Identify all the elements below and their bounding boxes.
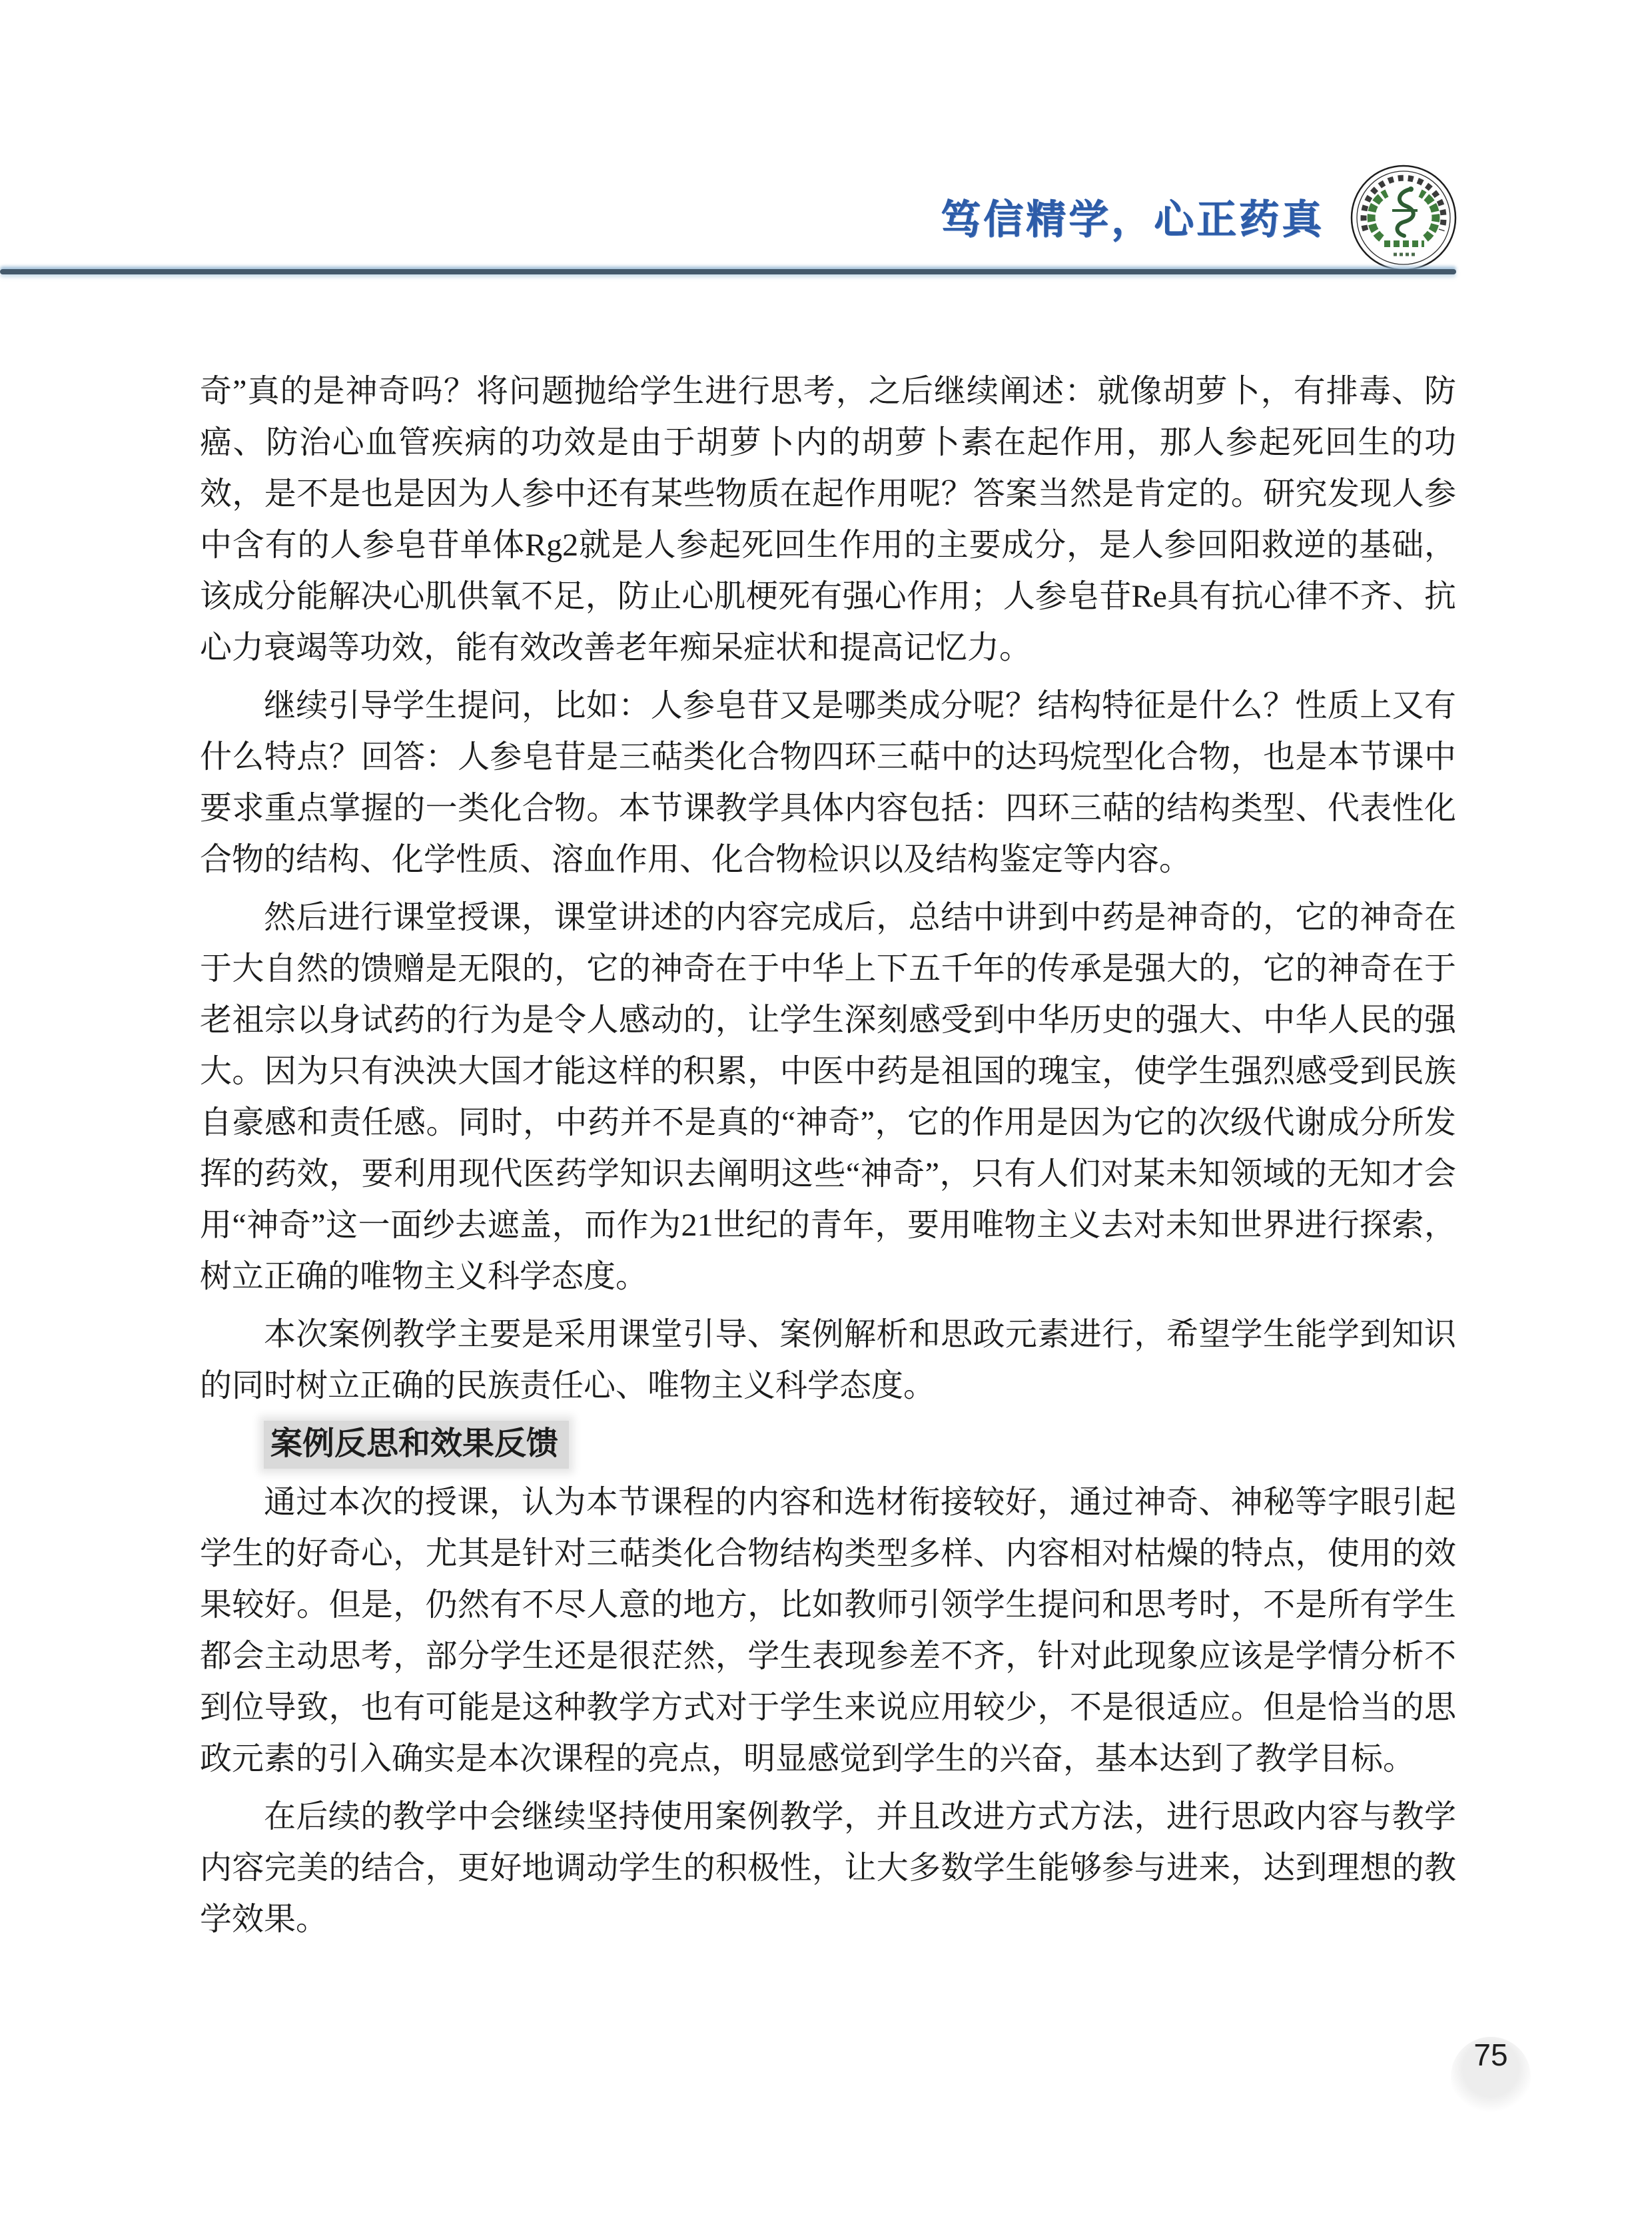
paragraph-5: 通过本次的授课，认为本节课程的内容和选材衔接较好，通过神奇、神秘等字眼引起学生的… [200, 1477, 1456, 1784]
header-divider-line [0, 269, 1456, 274]
university-pharmacy-seal-logo [1350, 164, 1457, 272]
seal-logo-graphic [1350, 164, 1457, 272]
paragraph-2: 继续引导学生提问，比如：人参皂苷又是哪类成分呢？结构特征是什么？性质上又有什么特… [200, 680, 1456, 885]
document-page: 笃信精学，心正药真 奇”真的是神奇吗？将问题抛给学生进行思考，之后继续阐述：就像… [0, 0, 1652, 2240]
paragraph-3: 然后进行课堂授课，课堂讲述的内容完成后，总结中讲到中药是神奇的，它的神奇在于大自… [200, 892, 1456, 1302]
section-heading-case-reflection: 案例反思和效果反馈 [264, 1421, 569, 1469]
document-body: 奇”真的是神奇吗？将问题抛给学生进行思考，之后继续阐述：就像胡萝卜，有排毒、防癌… [200, 366, 1456, 1952]
paragraph-4: 本次案例教学主要是采用课堂引导、案例解析和思政元素进行，希望学生能学到知识的同时… [200, 1309, 1456, 1411]
page-number: 75 [1451, 2037, 1531, 2117]
header-slogan: 笃信精学，心正药真 [941, 188, 1324, 245]
paragraph-1: 奇”真的是神奇吗？将问题抛给学生进行思考，之后继续阐述：就像胡萝卜，有排毒、防癌… [200, 366, 1456, 673]
paragraph-6: 在后续的教学中会继续坚持使用案例教学，并且改进方式方法，进行思政内容与教学内容完… [200, 1791, 1456, 1945]
